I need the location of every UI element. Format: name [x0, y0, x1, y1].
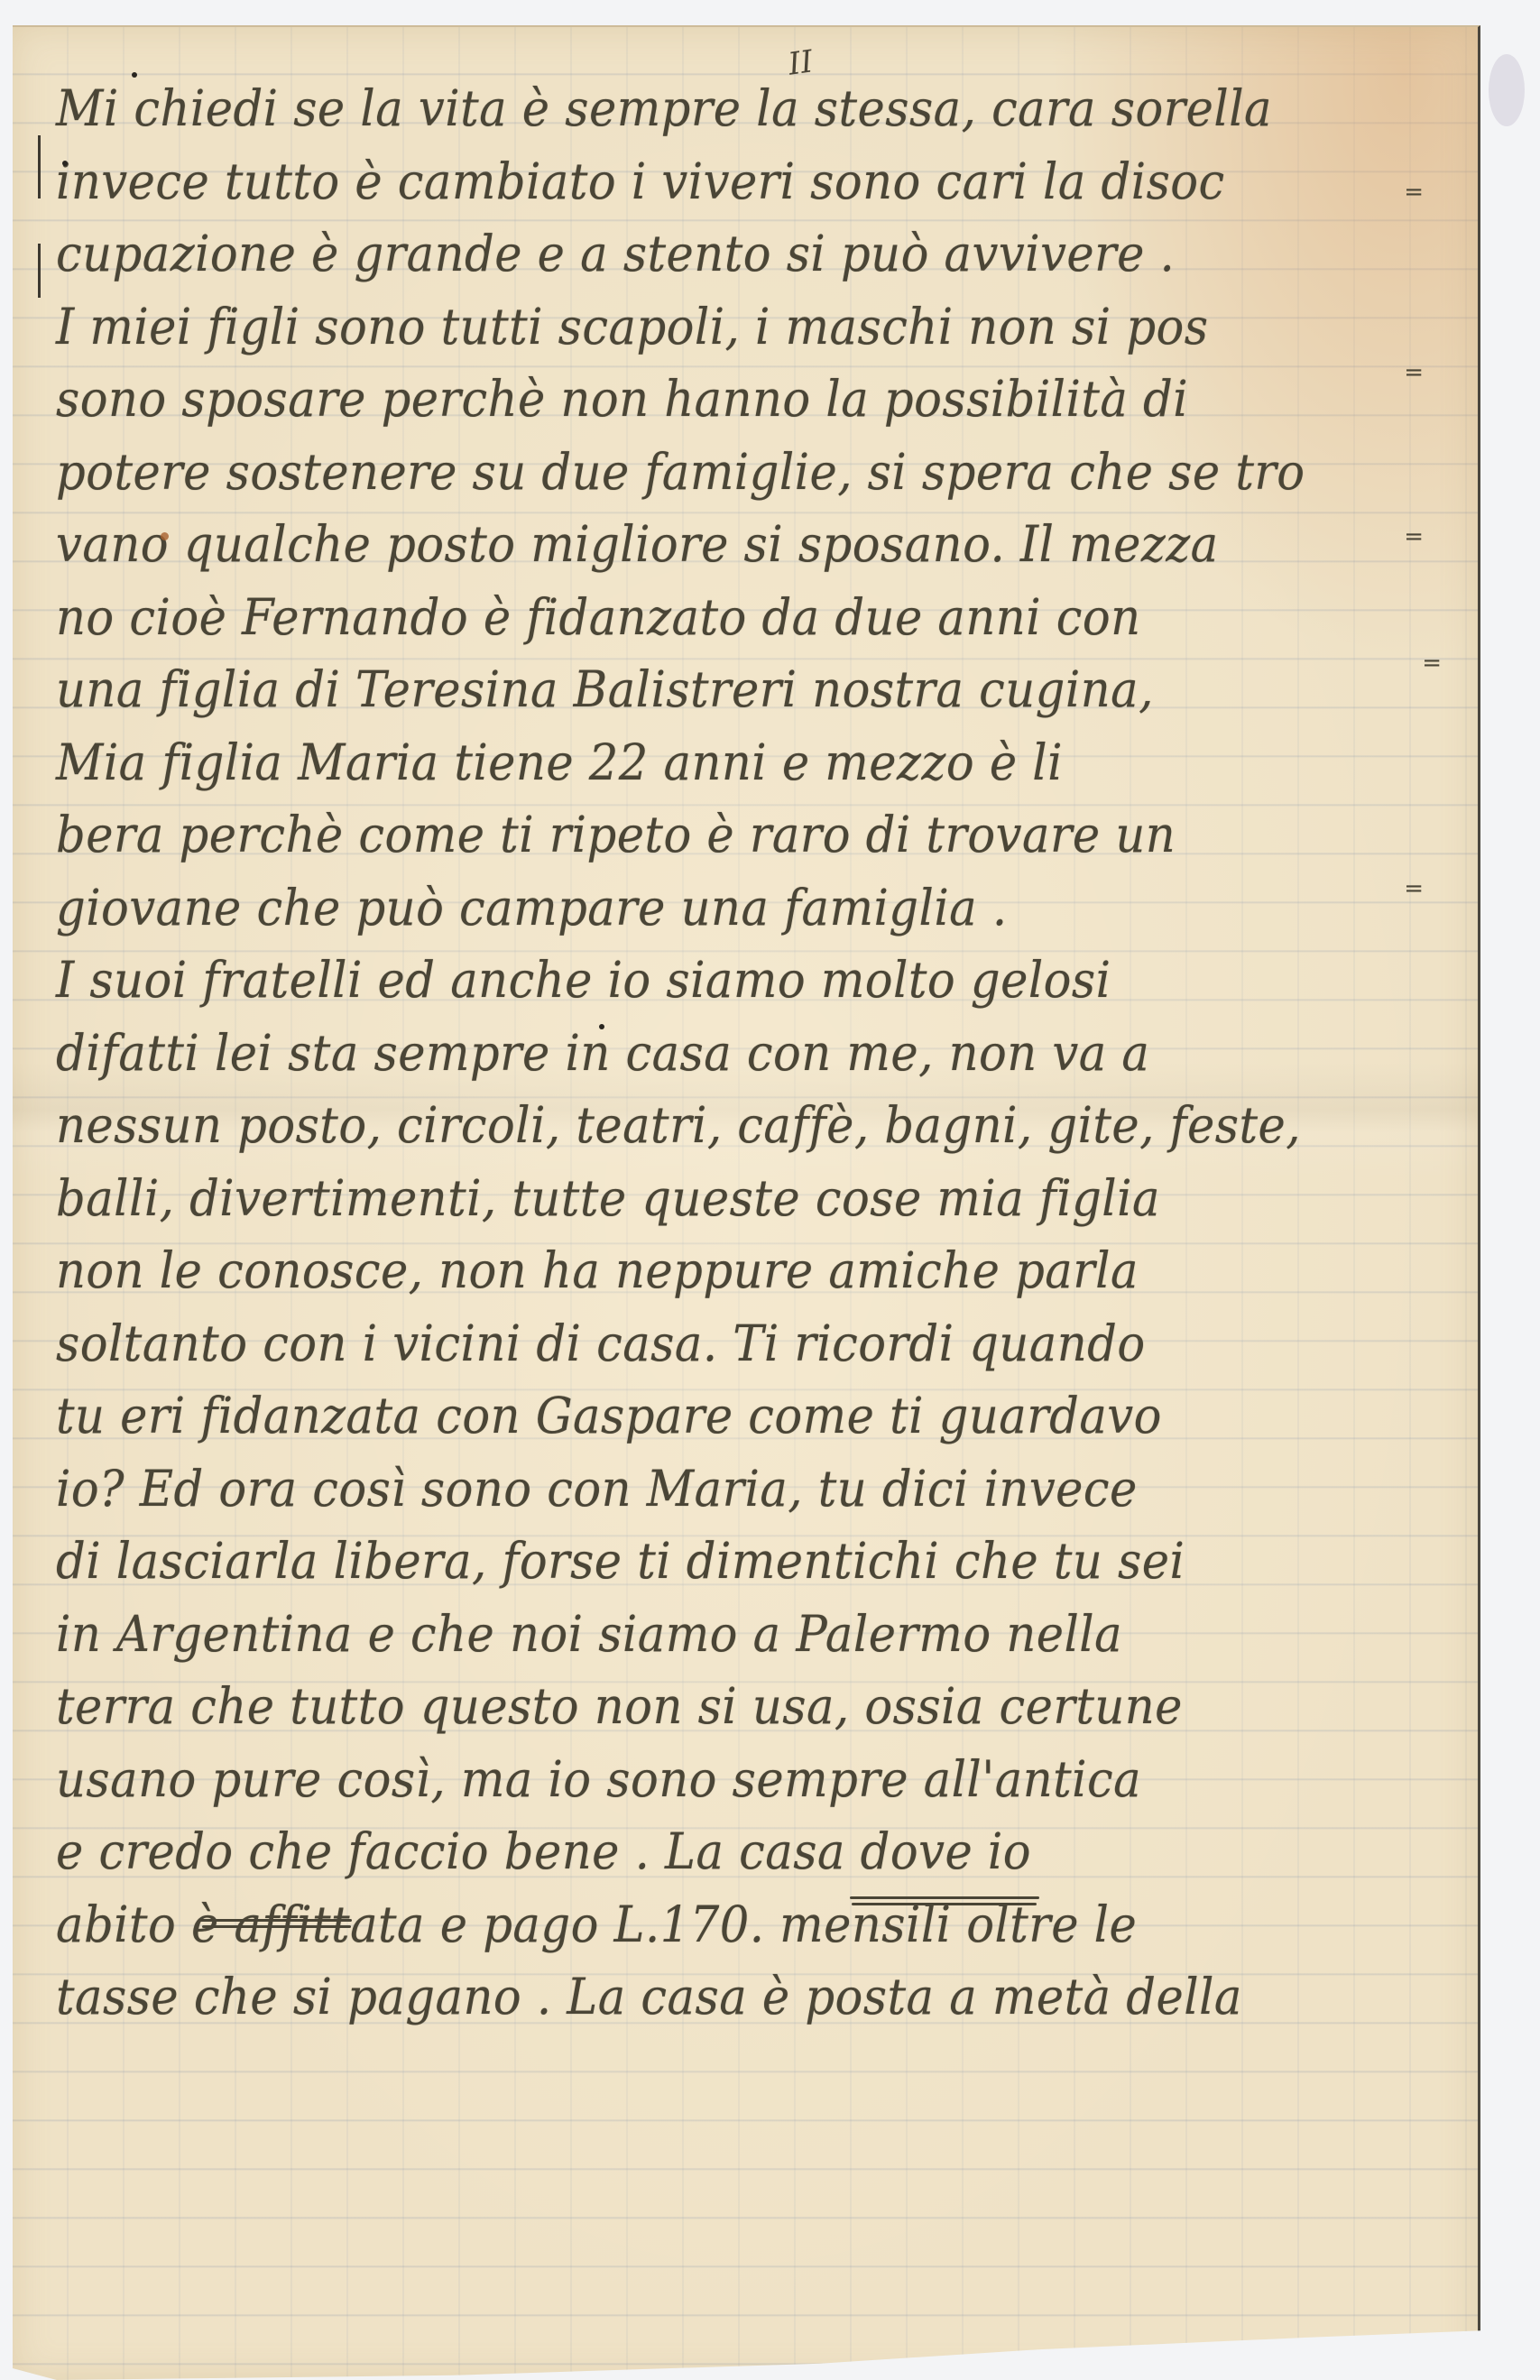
letter-line: Mia figlia Maria tiene 22 anni e mezzo è…	[56, 726, 1390, 799]
letter-line: I suoi fratelli ed anche io siamo molto …	[56, 944, 1390, 1017]
hyphen-mark: =	[1404, 359, 1424, 386]
scanner-smudge	[1489, 54, 1525, 126]
scanned-page: II Mi chiedi se la vita è sempre la stes…	[0, 0, 1540, 2380]
ink-speck	[132, 72, 137, 78]
letter-line: sono sposare perchè non hanno la possibi…	[56, 363, 1390, 436]
margin-mark	[38, 244, 41, 298]
letter-line: nessun posto, circoli, teatri, caffè, ba…	[56, 1089, 1390, 1162]
letter-line: invece tutto è cambiato i viveri sono ca…	[56, 145, 1390, 218]
underline-palermo	[850, 1896, 1039, 1899]
margin-mark	[38, 135, 41, 198]
letter-line: Mi chiedi se la vita è sempre la stessa,…	[56, 72, 1390, 145]
underlined-place-line: in Argentina e che noi siamo a Palermo n…	[56, 1605, 1122, 1663]
ink-speck	[599, 1024, 604, 1029]
ink-speck	[62, 161, 68, 166]
letter-line: usano pure così, ma io sono sempre all'a…	[56, 1743, 1390, 1816]
letter-line: cupazione è grande e a stento si può avv…	[56, 217, 1390, 291]
letter-line: tasse che si pagano . La casa è posta a …	[56, 1960, 1390, 2034]
hyphen-mark: =	[1404, 179, 1424, 206]
letter-line: tu eri fidanzata con Gaspare come ti gua…	[56, 1379, 1390, 1453]
letter-line: e credo che faccio bene . La casa dove i…	[56, 1815, 1390, 1888]
letter-line: terra che tutto questo non si usa, ossia…	[56, 1670, 1390, 1743]
hyphen-mark: =	[1404, 875, 1424, 902]
underline-palermo	[852, 1903, 1037, 1905]
rust-spot	[161, 532, 169, 540]
underline-argentina	[198, 1919, 352, 1922]
letter-line: una figlia di Teresina Balistreri nostra…	[56, 653, 1390, 726]
letter-line: potere sostenere su due famiglie, si spe…	[56, 436, 1390, 509]
letter-line: difatti lei sta sempre in casa con me, n…	[56, 1017, 1390, 1090]
letter-line: bera perchè come ti ripeto è raro di tro…	[56, 798, 1390, 872]
hyphen-mark: =	[1422, 650, 1442, 677]
underline-argentina	[202, 1925, 351, 1928]
hyphen-mark: =	[1404, 523, 1424, 550]
letter-line-underlined: in Argentina e che noi siamo a Palermo n…	[56, 1598, 1390, 1671]
letter-line: giovane che può campare una famiglia .	[56, 872, 1390, 945]
letter-sheet: II Mi chiedi se la vita è sempre la stes…	[13, 25, 1480, 2380]
letter-line: non le conosce, non ha neppure amiche pa…	[56, 1234, 1390, 1307]
letter-line: abito è affittata e pago L.170. mensili …	[56, 1888, 1390, 1961]
letter-body: Mi chiedi se la vita è sempre la stessa,…	[56, 72, 1490, 2034]
letter-line: no cioè Fernando è fidanzato da due anni…	[56, 581, 1390, 654]
letter-line: balli, divertimenti, tutte queste cose m…	[56, 1162, 1390, 1235]
letter-line: io? Ed ora così sono con Maria, tu dici …	[56, 1453, 1390, 1526]
letter-line: di lasciarla libera, forse ti dimentichi…	[56, 1525, 1390, 1598]
letter-line: vano qualche posto migliore si sposano. …	[56, 508, 1390, 581]
letter-line: I miei figli sono tutti scapoli, i masch…	[56, 291, 1390, 364]
letter-line: soltanto con i vicini di casa. Ti ricord…	[56, 1307, 1390, 1380]
